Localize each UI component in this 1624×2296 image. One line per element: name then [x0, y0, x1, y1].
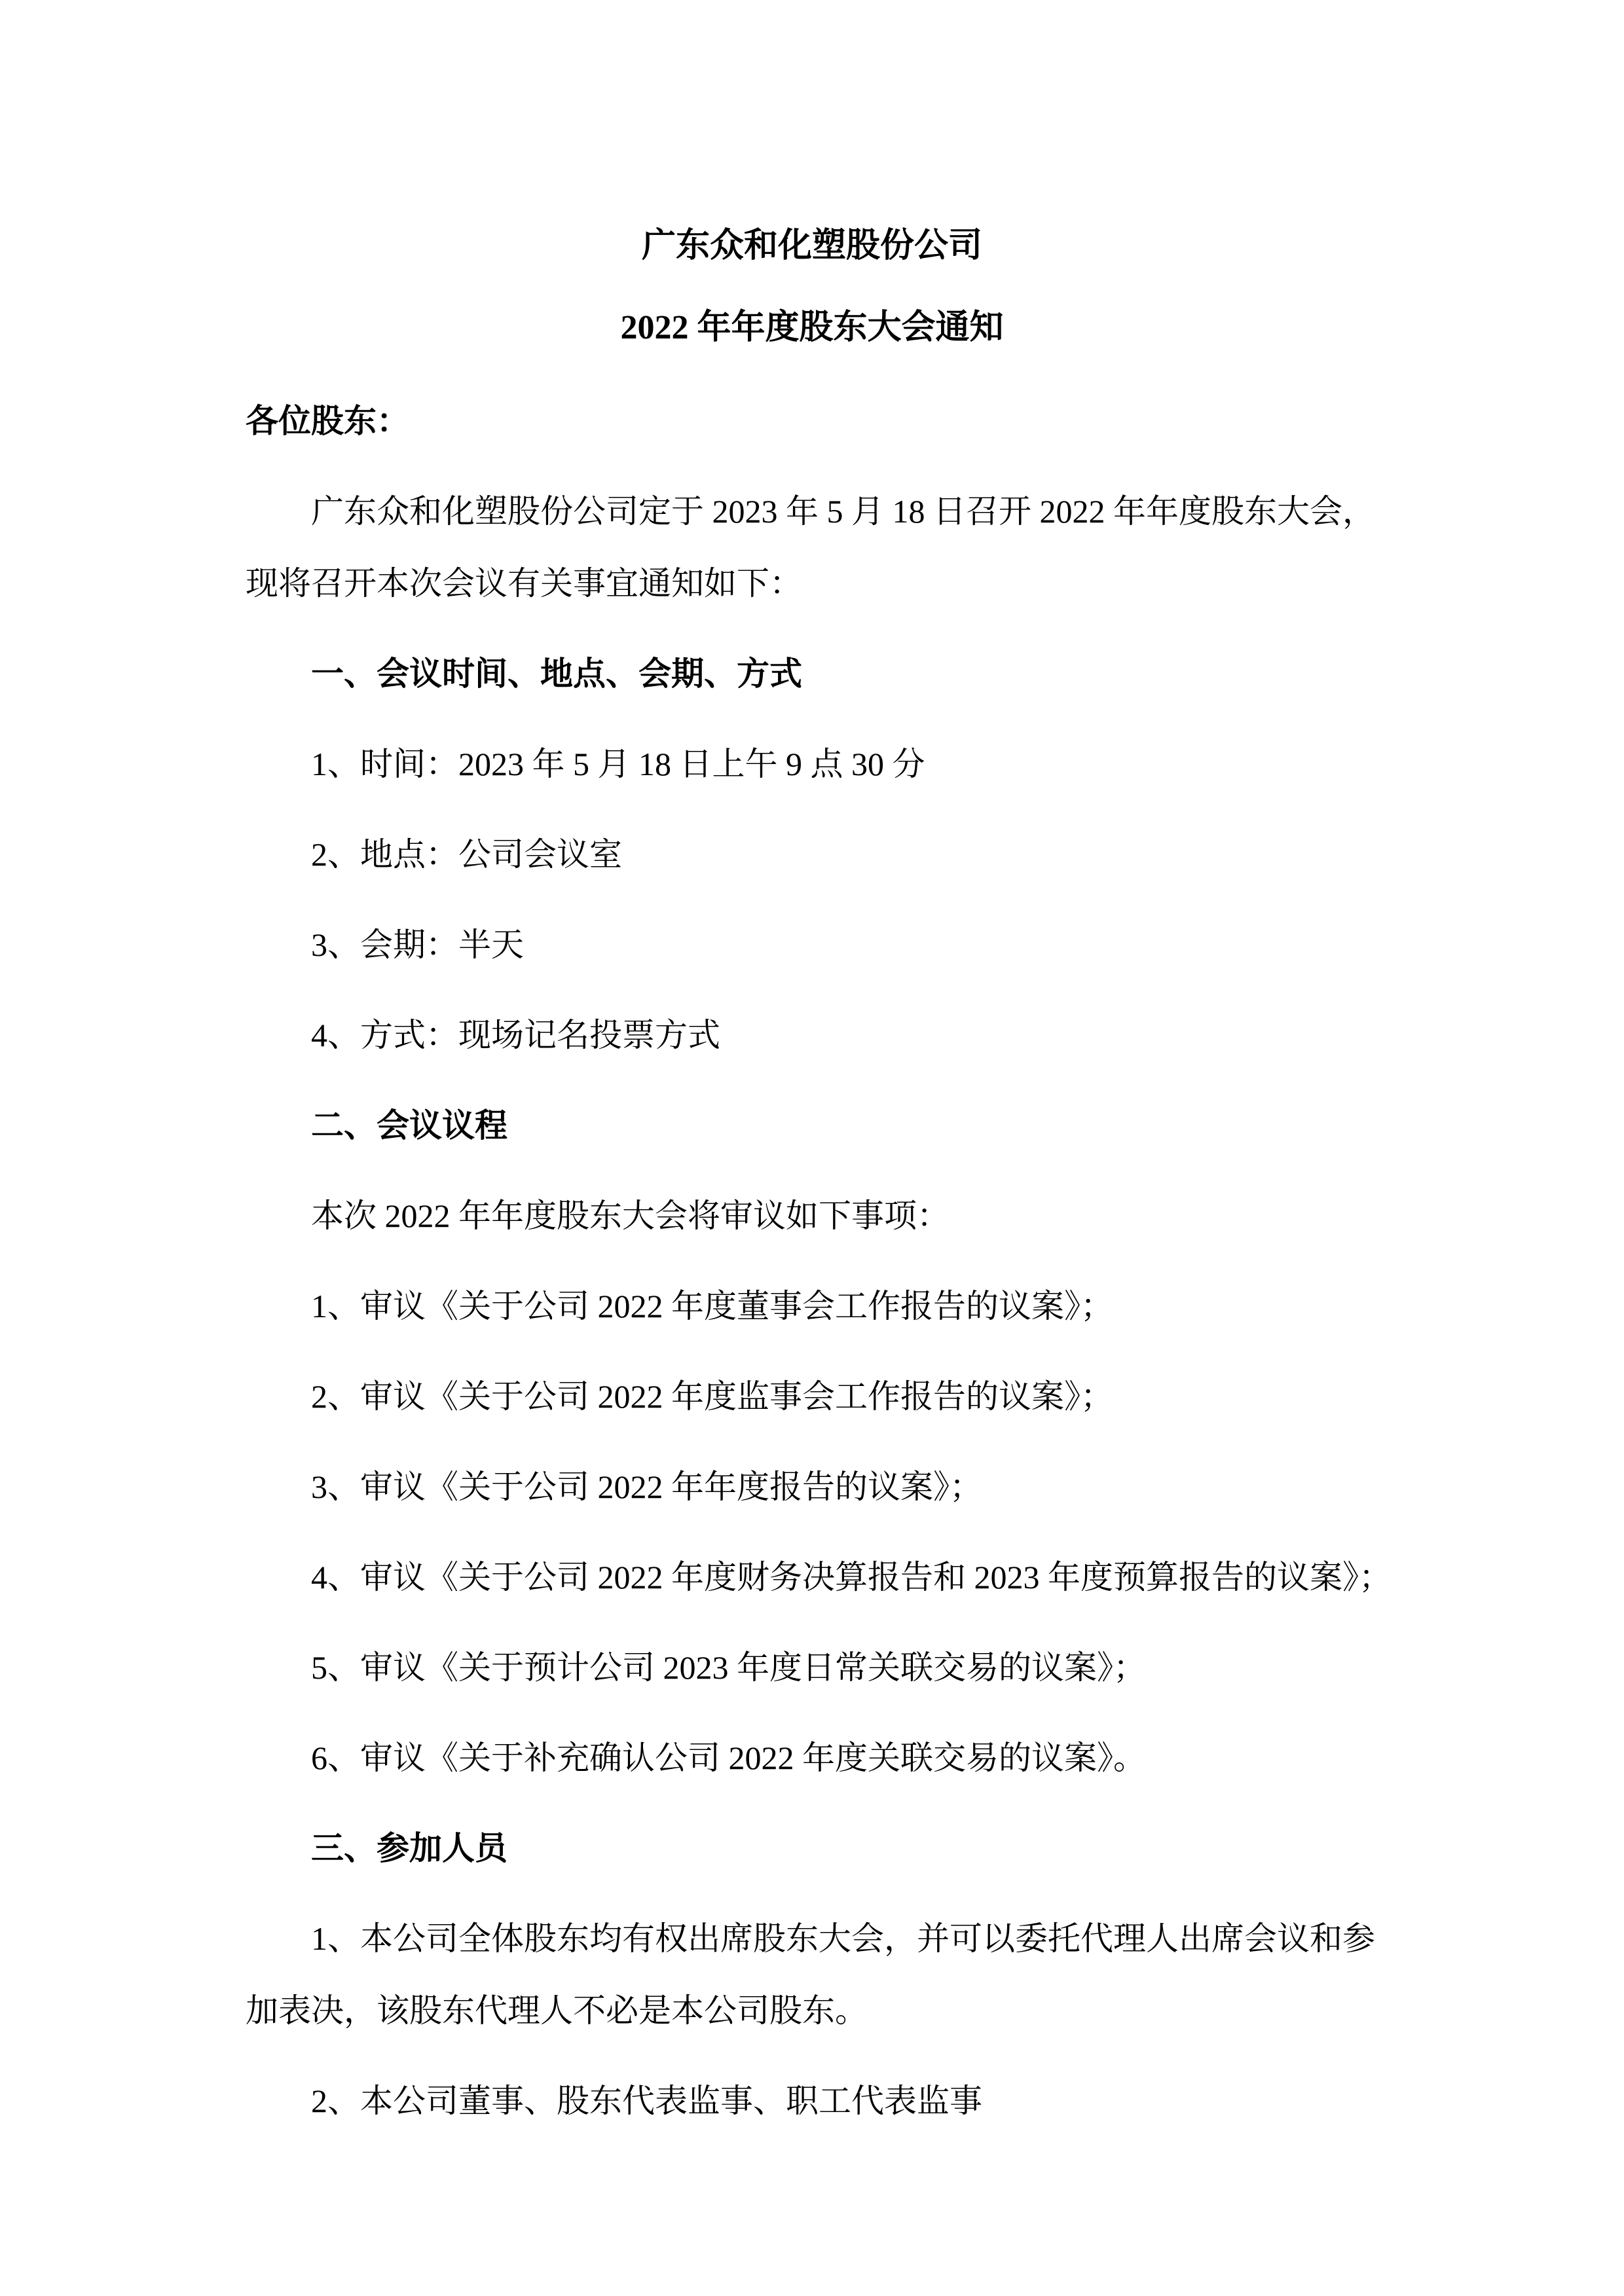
section-2-item-1: 1、审议《关于公司 2022 年度董事会工作报告的议案》； — [246, 1270, 1378, 1342]
salutation: 各位股东： — [246, 385, 1378, 457]
section-1-item-2: 2、地点：公司会议室 — [246, 818, 1378, 890]
section-2-lead: 本次 2022 年年度股东大会将审议如下事项： — [246, 1180, 1378, 1252]
document-page: 广东众和化塑股份公司 2022 年年度股东大会通知 各位股东： 广东众和化塑股份… — [0, 0, 1624, 2296]
intro-line-1: 广东众和化塑股份公司定于 2023 年 5 月 18 日召开 2022 年年度股… — [246, 475, 1378, 547]
doc-title: 广东众和化塑股份公司 — [246, 221, 1378, 270]
intro-line-2: 现将召开本次会议有关事宜通知如下： — [246, 547, 1378, 619]
section-3-item-1-line-2: 加表决，该股东代理人不必是本公司股东。 — [246, 1975, 1378, 2047]
section-2-heading: 二、会议议程 — [246, 1089, 1378, 1161]
section-1-heading: 一、会议时间、地点、会期、方式 — [246, 638, 1378, 710]
section-2-item-3: 3、审议《关于公司 2022 年年度报告的议案》； — [246, 1451, 1378, 1523]
section-1-item-3: 3、会期：半天 — [246, 909, 1378, 981]
section-3-heading: 三、参加人员 — [246, 1812, 1378, 1884]
doc-subtitle: 2022 年年度股东大会通知 — [246, 303, 1378, 352]
section-2-item-2: 2、审议《关于公司 2022 年度监事会工作报告的议案》； — [246, 1360, 1378, 1432]
section-1-item-4: 4、方式：现场记名投票方式 — [246, 999, 1378, 1071]
section-1-item-1: 1、时间：2023 年 5 月 18 日上午 9 点 30 分 — [246, 728, 1378, 800]
section-2-item-5: 5、审议《关于预计公司 2023 年度日常关联交易的议案》； — [246, 1631, 1378, 1704]
section-3-item-1: 1、本公司全体股东均有权出席股东大会，并可以委托代理人出席会议和参 加表决，该股… — [246, 1903, 1378, 2047]
section-2-item-4: 4、审议《关于公司 2022 年度财务决算报告和 2023 年度预算报告的议案》… — [246, 1541, 1378, 1613]
section-3-item-2: 2、本公司董事、股东代表监事、职工代表监事 — [246, 2065, 1378, 2137]
section-3-item-1-line-1: 1、本公司全体股东均有权出席股东大会，并可以委托代理人出席会议和参 — [246, 1903, 1378, 1975]
intro-paragraph: 广东众和化塑股份公司定于 2023 年 5 月 18 日召开 2022 年年度股… — [246, 475, 1378, 619]
section-2-item-6: 6、审议《关于补充确认公司 2022 年度关联交易的议案》。 — [246, 1722, 1378, 1794]
